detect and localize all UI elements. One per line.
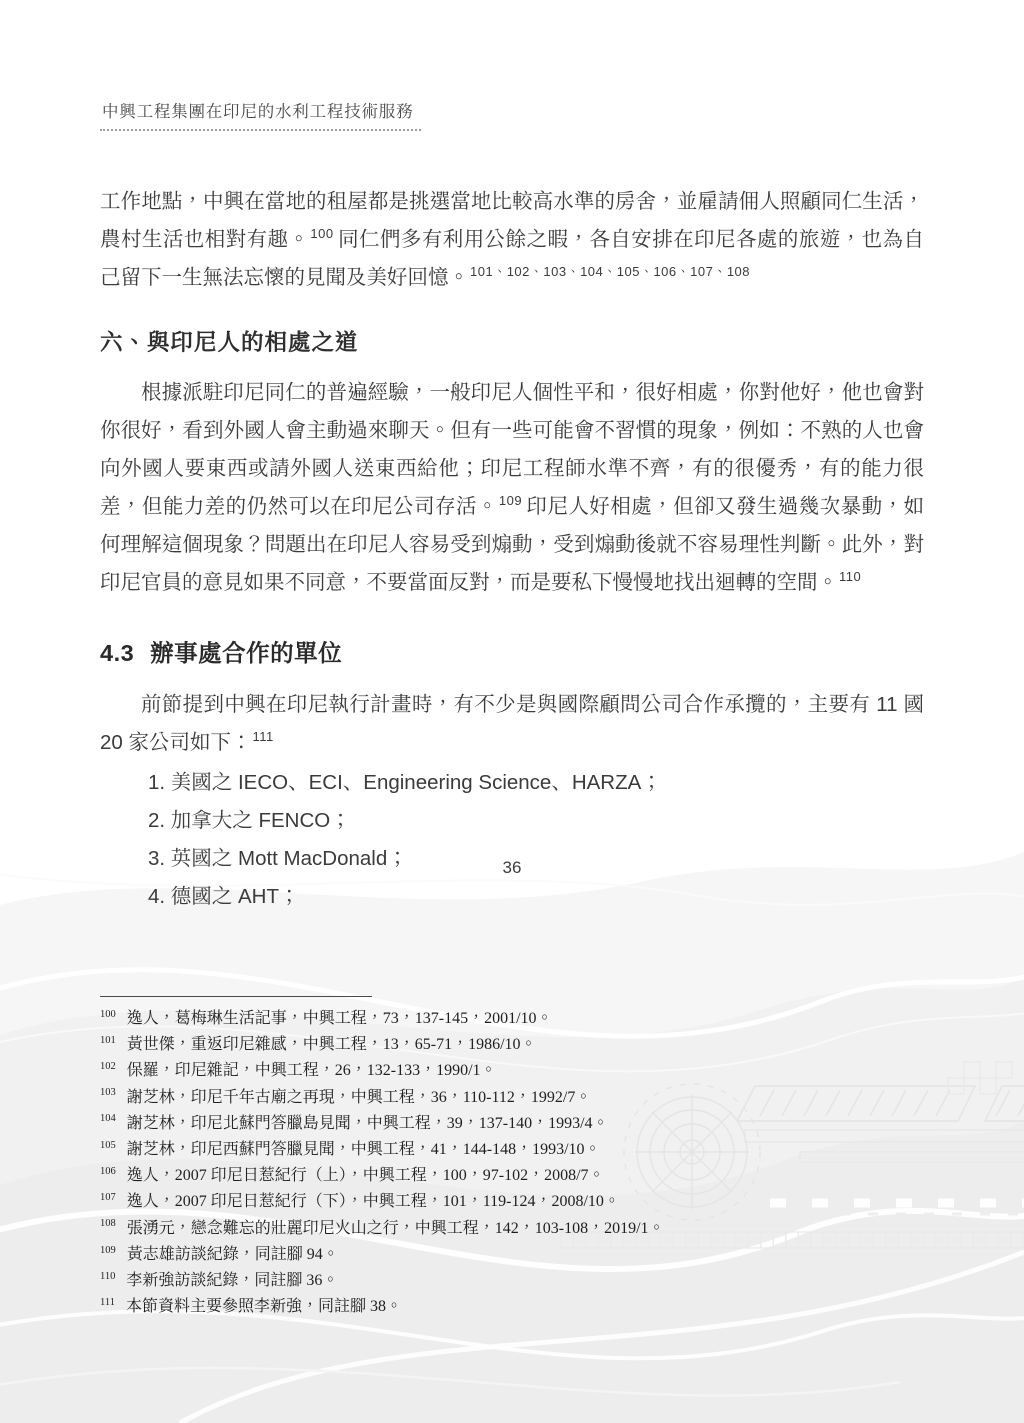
footnote-111: 111本節資料主要參照李新強，同註腳 38。 (100, 1294, 928, 1320)
footnote-number: 105 (100, 1140, 116, 1151)
footnote-ref-100: 100 (310, 226, 333, 241)
footnote-ref-101-108: 101、102、103、104、105、106、107、108 (470, 264, 750, 279)
footnote-number: 104 (100, 1113, 116, 1124)
paragraph-getting-along: 根據派駐印尼同仁的普遍經驗，一般印尼人個性平和，很好相處，你對他好，他也會對你很… (100, 374, 924, 602)
footnote-ref-111: 111 (253, 729, 274, 744)
footnote-text: 李新強訪談紀錄，同註腳 36。 (126, 1272, 338, 1289)
footnote-text: 本節資料主要參照李新強，同註腳 38。 (126, 1298, 402, 1315)
list-item-germany: 4. 德國之 AHT； (148, 878, 924, 916)
footnote-number: 102 (100, 1061, 116, 1072)
footnote-text: 保羅，印尼雜記，中興工程，26，132-133，1990/1。 (127, 1062, 497, 1079)
footnote-100: 100逸人，葛梅琳生活記事，中興工程，73，137-145，2001/10。 (100, 1006, 928, 1032)
footnote-text: 謝芝林，印尼西蘇門答臘見聞，中興工程，41，144-148，1993/10。 (127, 1141, 601, 1158)
footnote-text: 謝芝林，印尼千年古廟之再現，中興工程，36，110-112，1992/7。 (127, 1089, 592, 1106)
section-heading-six: 六、與印尼人的相處之道 (100, 325, 924, 357)
footnote-108: 108張湧元，戀念難忘的壯麗印尼火山之行，中興工程，142，103-108，20… (100, 1216, 928, 1242)
footnote-text: 逸人，2007 印尼日惹紀行（上），中興工程，100，97-102，2008/7… (127, 1167, 605, 1184)
footnote-separator (100, 996, 372, 997)
footnote-number: 108 (100, 1218, 116, 1229)
footnote-110: 110李新強訪談紀錄，同註腳 36。 (100, 1268, 928, 1294)
footnote-109: 109黃志雄訪談紀錄，同註腳 94。 (100, 1242, 928, 1268)
footnote-number: 106 (100, 1166, 116, 1177)
footnote-104: 104謝芝林，印尼北蘇門答臘島見聞，中興工程，39，137-140，1993/4… (100, 1111, 928, 1137)
footnote-number: 110 (100, 1271, 115, 1282)
paragraph-partners-intro-text: 前節提到中興在印尼執行計畫時，有不少是與國際顧問公司合作承攬的，主要有 11 國… (100, 693, 924, 754)
section-title: 辦事處合作的單位 (150, 640, 342, 666)
footnote-text: 逸人，葛梅琳生活記事，中興工程，73，137-145，2001/10。 (127, 1010, 553, 1027)
page-number: 36 (0, 858, 1024, 878)
page-body: 工作地點，中興在當地的租屋都是挑選當地比較高水準的房舍，並雇請佣人照顧同仁生活，… (100, 183, 924, 916)
partner-company-list: 1. 美國之 IECO、ECI、Engineering Science、HARZ… (100, 764, 924, 916)
section-number: 4.3 (100, 640, 134, 666)
footnote-number: 109 (100, 1245, 116, 1256)
list-item-usa: 1. 美國之 IECO、ECI、Engineering Science、HARZ… (148, 764, 924, 802)
footnote-number: 111 (100, 1297, 115, 1308)
footnote-102: 102保羅，印尼雜記，中興工程，26，132-133，1990/1。 (100, 1058, 928, 1084)
footnotes-section: 100逸人，葛梅琳生活記事，中興工程，73，137-145，2001/10。 1… (100, 996, 928, 1320)
footnote-text: 黃志雄訪談紀錄，同註腳 94。 (127, 1246, 339, 1263)
footnote-107: 107逸人，2007 印尼日惹紀行（下），中興工程，101，119-124，20… (100, 1189, 928, 1215)
running-header-title: 中興工程集團在印尼的水利工程技術服務 (100, 98, 421, 131)
footnote-ref-110: 110 (839, 569, 861, 584)
footnote-text: 逸人，2007 印尼日惹紀行（下），中興工程，101，119-124，2008/… (127, 1193, 620, 1210)
section-heading-4-3: 4.3辦事處合作的單位 (100, 634, 924, 668)
footnote-101: 101黃世傑，重返印尼雜感，中興工程，13，65-71，1986/10。 (100, 1032, 928, 1058)
footnote-number: 100 (100, 1009, 116, 1020)
footnote-105: 105謝芝林，印尼西蘇門答臘見聞，中興工程，41，144-148，1993/10… (100, 1137, 928, 1163)
footnote-text: 黃世傑，重返印尼雜感，中興工程，13，65-71，1986/10。 (127, 1036, 537, 1053)
footnote-text: 張湧元，戀念難忘的壯麗印尼火山之行，中興工程，142，103-108，2019/… (127, 1220, 665, 1237)
footnote-number: 107 (100, 1192, 116, 1203)
footnote-103: 103謝芝林，印尼千年古廟之再現，中興工程，36，110-112，1992/7。 (100, 1085, 928, 1111)
footnote-number: 103 (100, 1087, 116, 1098)
footnote-number: 101 (100, 1035, 116, 1046)
footnote-ref-109: 109 (499, 493, 522, 508)
paragraph-living: 工作地點，中興在當地的租屋都是挑選當地比較高水準的房舍，並雇請佣人照顧同仁生活，… (100, 183, 924, 297)
document-page: 中興工程集團在印尼的水利工程技術服務 工作地點，中興在當地的租屋都是挑選當地比較… (0, 0, 1024, 1423)
footnote-text: 謝芝林，印尼北蘇門答臘島見聞，中興工程，39，137-140，1993/4。 (127, 1115, 609, 1132)
footnote-106: 106逸人，2007 印尼日惹紀行（上），中興工程，100，97-102，200… (100, 1163, 928, 1189)
paragraph-partners-intro: 前節提到中興在印尼執行計畫時，有不少是與國際顧問公司合作承攬的，主要有 11 國… (100, 686, 924, 762)
list-item-canada: 2. 加拿大之 FENCO； (148, 802, 924, 840)
